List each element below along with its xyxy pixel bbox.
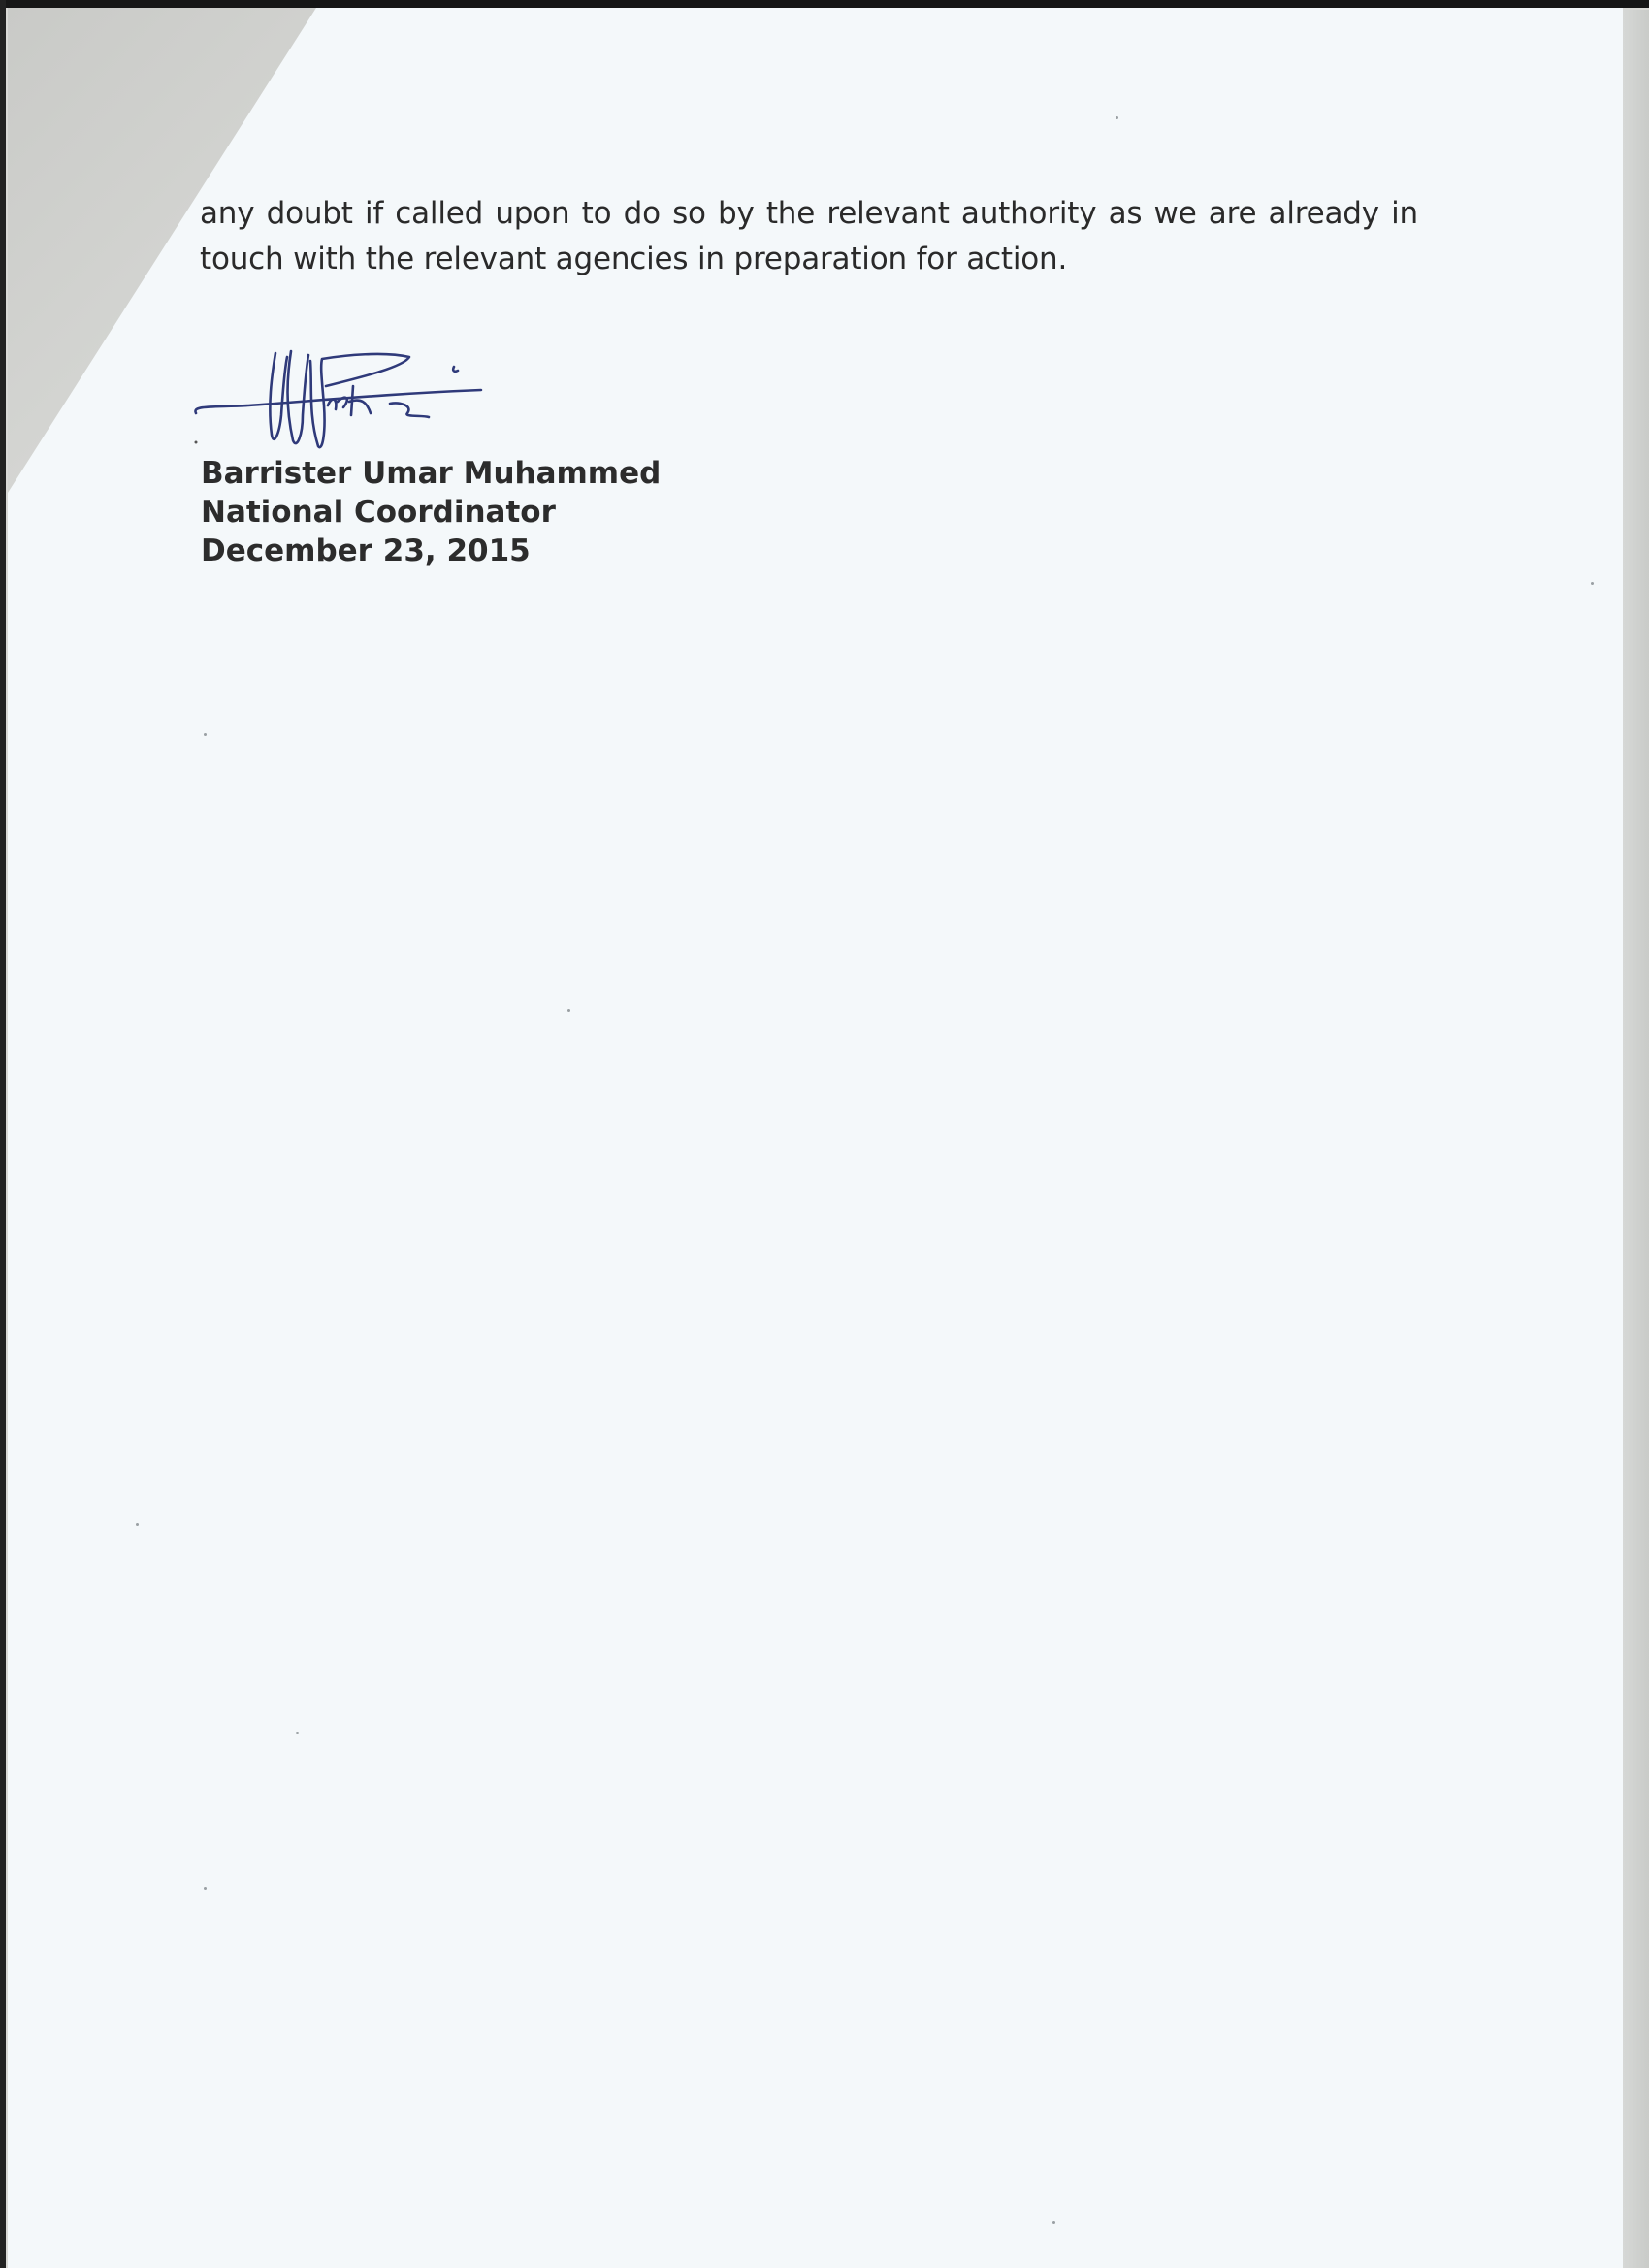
letter-date: December 23, 2015 [201,532,661,570]
scan-speck [1052,2221,1055,2224]
scan-speck [567,1009,570,1012]
signatory-title: National Coordinator [201,493,661,532]
scan-speck [1591,582,1594,585]
scan-speck [296,1732,299,1734]
signatory-name: Barrister Umar Muhammed [201,454,661,493]
paragraph-line: any doubt if called upon to do so by the… [200,191,1418,237]
scan-speck [204,1887,207,1890]
scan-speck [136,1523,139,1526]
page-right-shadow [1623,10,1649,2268]
scan-left-border [0,0,6,2268]
scan-top-border [0,0,1649,8]
closing-paragraph: any doubt if called upon to do so by the… [200,191,1418,282]
paragraph-line: touch with the relevant agencies in prep… [200,237,1418,282]
signature-icon [190,338,501,464]
signature-block: Barrister Umar Muhammed National Coordin… [201,454,661,570]
scan-speck [1115,116,1118,119]
scan-speck [204,733,207,736]
